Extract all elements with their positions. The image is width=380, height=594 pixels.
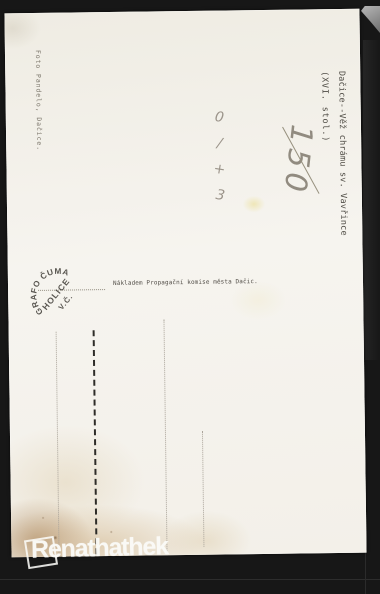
pencil-char: / [216,136,223,151]
scan-background: Dačice--Věž chrámu sv. Vavřince (XVI. st… [0,0,380,594]
pencil-char: 3 [214,188,225,203]
archive-watermark: Renathathek [19,533,156,562]
scan-edge-line-bottom [0,579,380,580]
postcard-title-line2: (XVI. stol.) [315,71,334,236]
pencil-char: 0 [213,110,224,125]
address-line-dotted-1 [56,332,60,555]
printer-stamp: GRAFO ČUMA HOLICE V.Č. [8,247,96,334]
right-margin-shade [363,40,380,360]
pencil-number: 150 [278,123,316,198]
pencil-char: + [213,162,227,178]
watermark-text: Renathathek [31,532,169,565]
postcard-title-line1: Dačice--Věž chrámu sv. Vavřince [332,71,351,236]
publisher-imprint: Nákladem Propagační komise města Dačic. [113,278,258,287]
photo-credit: Foto Pandelo, Dačice. [34,50,43,151]
address-line-dotted-2 [163,319,167,553]
pencil-notation-column: 0 / + 3 [211,110,228,202]
address-line-dotted-3 [202,431,205,547]
sleeve-corner-patch [361,6,380,33]
address-divider-line [93,330,98,554]
postcard-title: Dačice--Věž chrámu sv. Vavřince (XVI. st… [315,71,351,236]
postcard-back: Dačice--Věž chrámu sv. Vavřince (XVI. st… [4,9,366,558]
watermark-initial: R [31,535,49,563]
watermark-rest: enathathek [47,532,168,563]
